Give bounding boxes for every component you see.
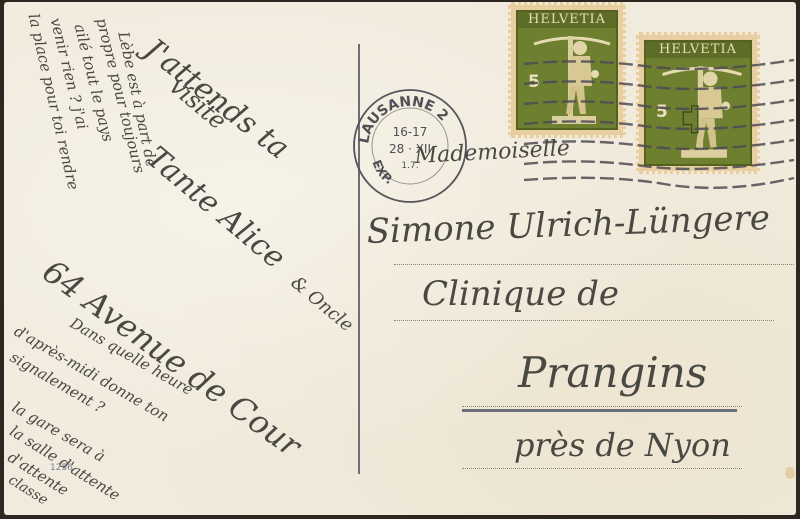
stain xyxy=(785,467,795,479)
address-line-3: Prangins xyxy=(518,348,707,397)
postmark-time: 16-17 xyxy=(393,125,428,139)
address-name: Simone Ulrich-Lüngere xyxy=(366,198,771,252)
postcard-back: HELVETIA 5 HELVETIA xyxy=(4,2,796,515)
message-line: & Oncle xyxy=(287,272,358,336)
address-rule xyxy=(394,264,794,265)
printed-card-number: 1256 xyxy=(50,463,73,473)
address-rule xyxy=(394,320,774,321)
postmark-bottom: EXP. xyxy=(370,158,396,187)
svg-text:EXP.: EXP. xyxy=(370,158,396,187)
address-rule xyxy=(462,406,742,407)
address-line-2: Clinique de xyxy=(422,274,619,314)
address-rule xyxy=(462,468,742,469)
address-line-4: près de Nyon xyxy=(514,426,731,464)
address-underline xyxy=(462,409,737,412)
